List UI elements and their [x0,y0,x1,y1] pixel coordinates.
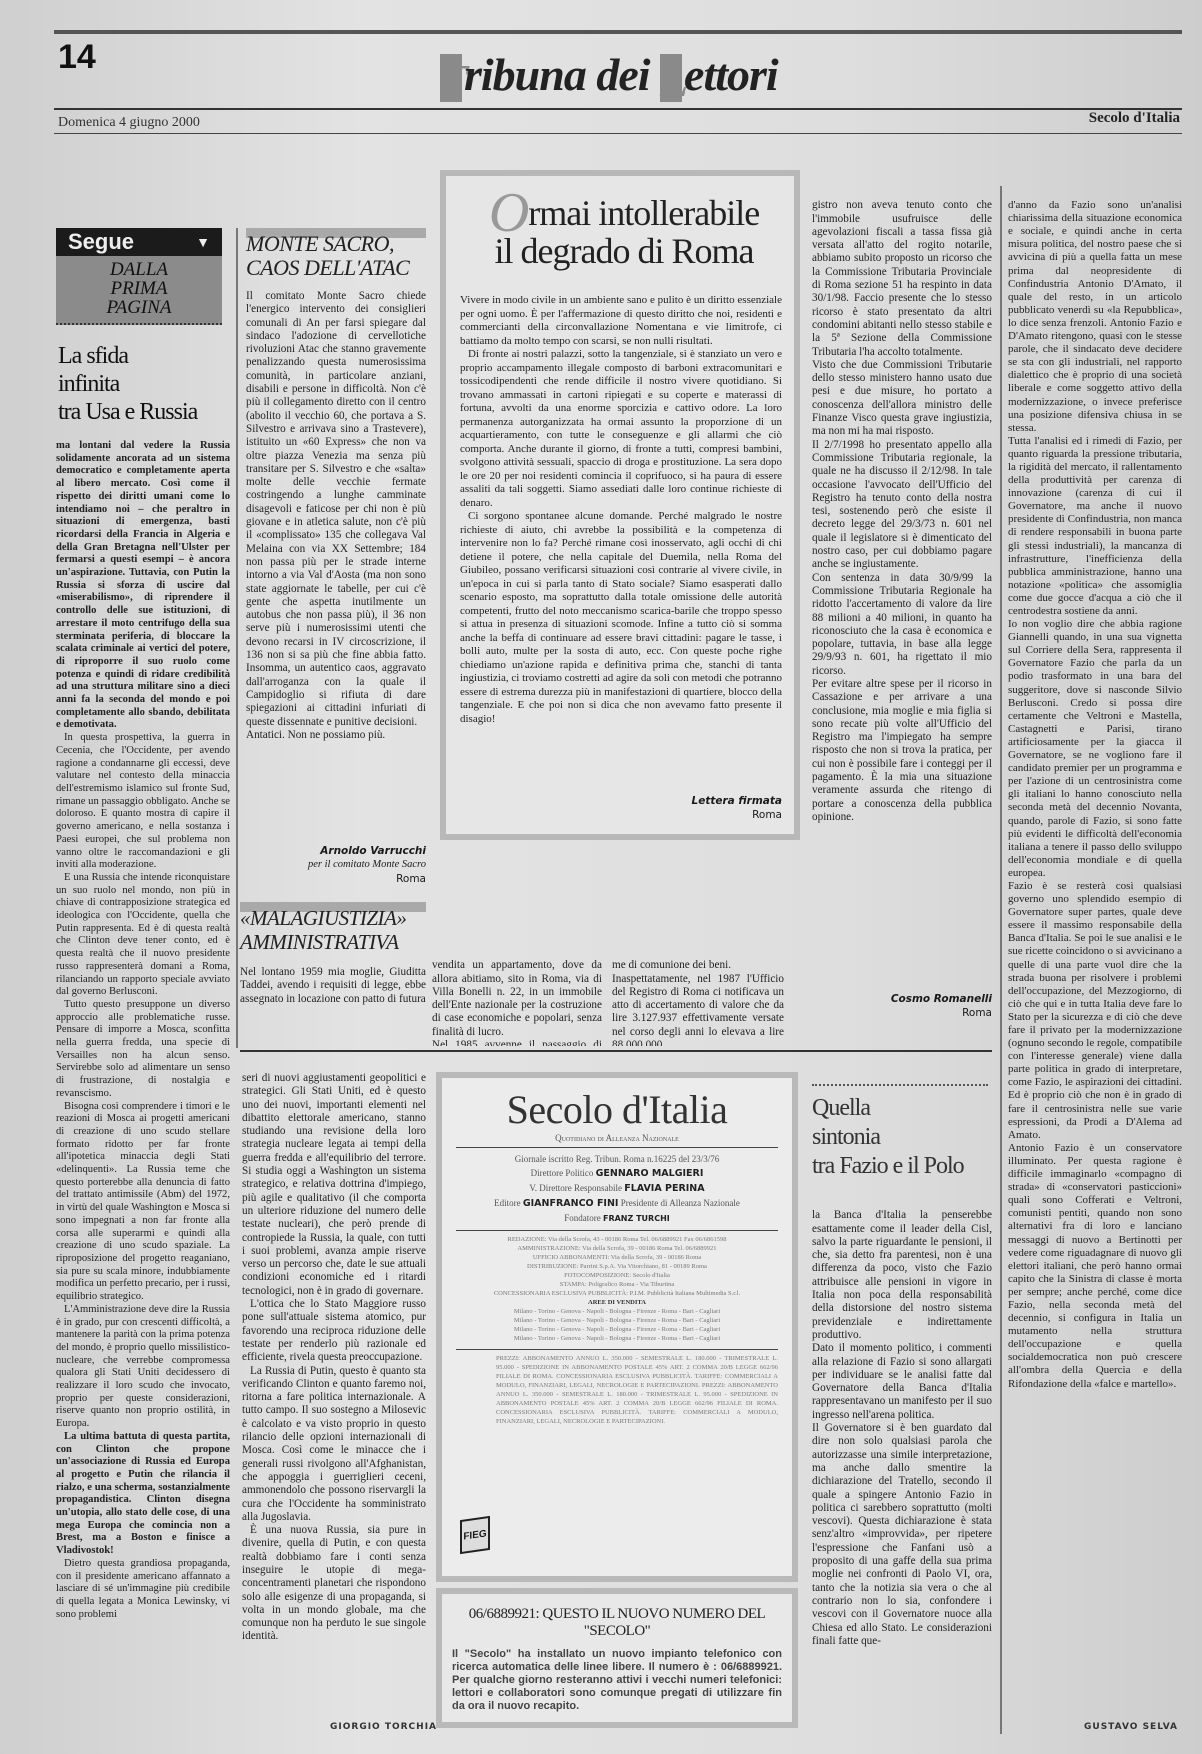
section-rule [240,1050,992,1052]
article-monte-sacro: Il comitato Monte Sacro chiede l'energic… [246,290,426,760]
vice-director-name: FLAVIA PERINA [624,1183,704,1194]
byline-giorgio-torchia: GIORGIO TORCHIA [330,1722,437,1732]
paper-name: Secolo d'Italia [1089,110,1180,127]
column-divider [1000,186,1002,1734]
section-title-cap-l: L [660,54,682,102]
article-malagiustizia-col2: vendita un appartamento, dove da allora … [432,946,602,1046]
phone-notice-body: Il "Secolo" ha installato un nuovo impia… [452,1648,782,1713]
article-malagiustizia-col1: Nel lontano 1959 mia moglie, Giuditta Ta… [240,966,426,1026]
headline-fazio-polo: Quella sintonia tra Fazio e il Polo [812,1084,988,1181]
phone-notice-box: 06/6889921: QUESTO IL NUOVO NUMERO DEL "… [436,1588,798,1728]
feature-signature: Lettera firmata Roma [460,794,782,822]
founder-name: FRANZ TURCHI [603,1214,670,1223]
segue-subtitle: DALLA PRIMA PAGINA [56,256,222,325]
headline-malagiustizia: «MALAGIUSTIZIA» AMMINISTRATIVA [240,902,426,954]
signature-malagiustizia: Cosmo Romanelli Roma [812,992,992,1020]
article-usa-russia-col1: ma lontani dal vedere la Russia solidame… [56,440,230,1745]
top-rule [54,30,1182,34]
feature-body: Vivere in modo civile in un ambiente san… [460,294,782,804]
article-malagiustizia-col4: gistro non aveva tenuto conto che l'immo… [812,186,992,974]
masthead-subtitle: Quotidiano di Alleanza Nazionale [456,1133,778,1148]
section-title-cap-t: T [440,54,462,102]
segue-header: Segue ▼ [56,228,222,256]
headline-monte-sacro: MONTE SACRO, CAOS DELL'ATAC [246,228,426,280]
byline-gustavo-selva: GUSTAVO SELVA [1084,1722,1178,1732]
dateline: Domenica 4 giugno 2000 [58,115,200,131]
article-fazio-col-left: la Banca d'Italia la penserebbe esattame… [812,1196,992,1726]
masthead-info: REDAZIONE: Via della Scrofa, 43 - 00186 … [456,1230,778,1343]
masthead-legal: PREZZI: ABBONAMENTO ANNUO L. 350.000 - S… [456,1349,778,1426]
article-fazio-col-right-top: d'anno da Fazio sono un'analisi chiariss… [1008,186,1182,1720]
article-usa-russia-col2: seri di nuovi aggiustamenti geopolitici … [242,1072,426,1722]
article-malagiustizia-col3: me di comunione dei beni. Inaspettatamen… [612,946,784,1046]
director-name: GENNARO MALGIERI [596,1168,704,1179]
publisher-name: GIANFRANCO FINI [523,1198,619,1209]
triangle-down-icon: ▼ [196,234,210,250]
masthead-title: Secolo d'Italia [442,1086,792,1133]
signature-monte-sacro: Arnoldo Varrucchi per il comitato Monte … [246,844,426,886]
phone-notice-title: 06/6889921: QUESTO IL NUOVO NUMERO DEL "… [442,1606,792,1640]
header-rule [54,108,1182,110]
page-number: 14 [58,38,96,77]
feature-box-degrado-roma: Ormai intollerabile il degrado di Roma V… [440,170,800,840]
headline-usa-russia: La sfida infinita tra Usa e Russia [58,342,197,426]
feature-headline: Ormai intollerabile il degrado di Roma [474,194,774,270]
column-divider [236,228,238,1048]
segue-box: Segue ▼ DALLA PRIMA PAGINA [56,228,222,325]
fieg-logo-icon: FIEG [460,1516,490,1554]
masthead-box: Secolo d'Italia Quotidiano di Alleanza N… [436,1072,798,1582]
section-title: Tribuna dei Lettori [440,48,778,102]
newspaper-page: 14 Tribuna dei Lettori Domenica 4 giugno… [0,0,1202,1754]
header-underline [54,133,1182,134]
